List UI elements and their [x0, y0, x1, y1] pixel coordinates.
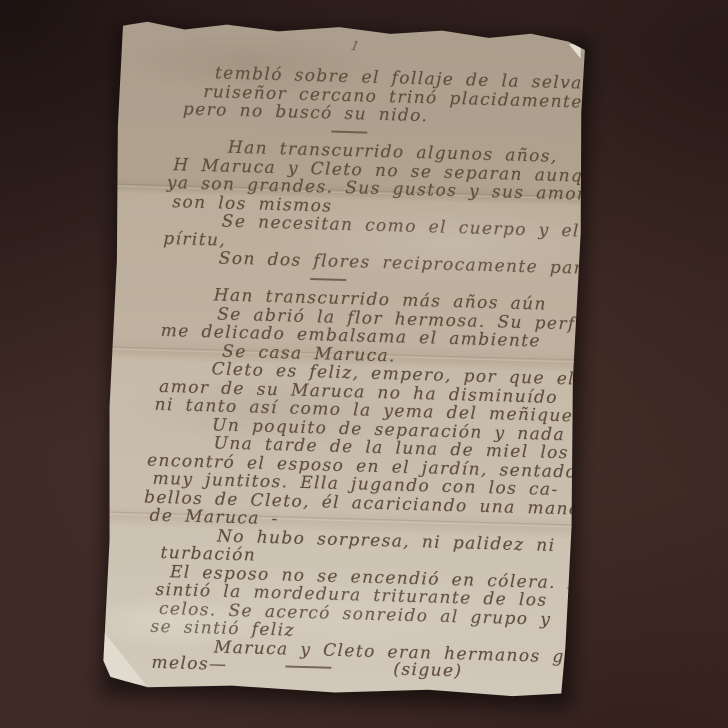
separator-dash: [310, 278, 346, 281]
letter-page: 1 tembló sobre el follaje de la selva y …: [101, 20, 587, 701]
manuscript-text: tembló sobre el follaje de la selva y el…: [101, 61, 586, 684]
last-word: melos—: [151, 653, 228, 675]
letter-sheet: 1 tembló sobre el follaje de la selva y …: [101, 20, 587, 701]
photo-background: 1 tembló sobre el follaje de la selva y …: [0, 0, 728, 728]
page-number: 1: [349, 39, 360, 55]
continuation-note: (sigue): [393, 660, 463, 682]
closing-dash: [285, 666, 331, 669]
separator-dash: [331, 130, 367, 133]
